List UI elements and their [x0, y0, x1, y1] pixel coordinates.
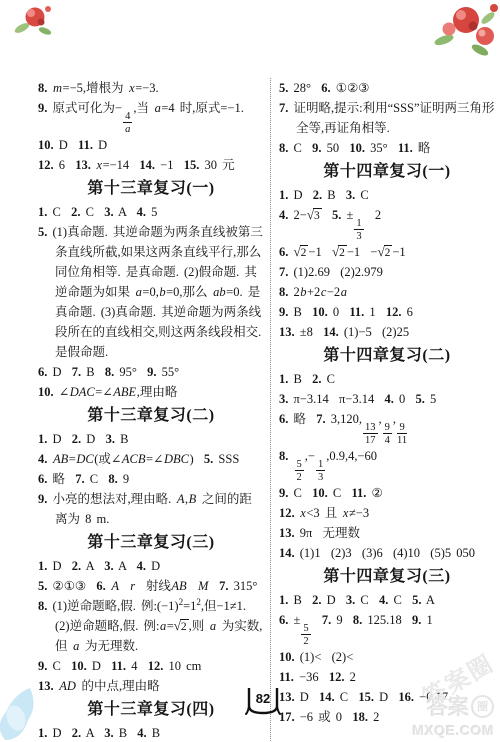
answer-line: 12. x<3 且 x≠−3 [279, 503, 495, 523]
answer-line: 9. 小亮的想法对,理由略. A,B 之间的距离为 8 m. [38, 489, 264, 529]
answer-line: 9. C 10. C 11. ② [279, 483, 495, 503]
answer-line: 5. ②①③ 6. A r 射线AB M 7. 315° [38, 576, 264, 596]
answer-line: 8. (1)逆命题略,假. 例:(−1)2=12,但−1≠1. (2)逆命题略,… [38, 596, 264, 656]
answer-line: 8. 2b+2c−2a [279, 282, 495, 302]
answer-line: 13. ±8 14. (1)−5 (2)25 [279, 322, 495, 342]
answer-line: 7. 证明略,提示:利用“SSS”证明两三角形全等,再证角相等. [279, 98, 495, 138]
answer-line: 5. (1)真命题. 其逆命题为两条直线被第三条直线所截,如果这两条直线平行,那… [38, 222, 264, 362]
answer-line: 8. 52,−13,0.9,4,−60 [279, 446, 495, 483]
answer-line: 1. B 2. C [279, 369, 495, 389]
answer-line: 1. D 2. A 3. B 4. B [38, 723, 264, 742]
answer-line: 1. B 2. D 3. C 4. C 5. A [279, 590, 495, 610]
answer-line: 12. 6 13. x=−14 14. −1 15. 30 元 [38, 155, 264, 175]
section-header: 第十三章复习(二) [38, 404, 264, 428]
answer-line: 13. 9π 无理数 [279, 523, 495, 543]
answer-line: 4. 2−3 5. ±13 2 [279, 205, 495, 242]
answer-line: 5. 28° 6. ①②③ [279, 78, 495, 98]
section-header: 第十四章复习(三) [279, 565, 495, 589]
answer-line: 1. D 2. B 3. C [279, 185, 495, 205]
answer-line: 13. AD 的中点,理由略 [38, 676, 264, 696]
answer-line: 1. D 2. D 3. B [38, 429, 264, 449]
answer-line: 9. 原式可化为−4a,当 a=4 时,原式=−1. [38, 98, 264, 135]
answer-line: 6. 2−1 2−1 −2−1 [279, 242, 495, 262]
watermark: 答案 圈 MXQE.COM [412, 691, 494, 738]
answer-line: 10. D 11. D [38, 135, 264, 155]
answer-line: 4. AB=DC(或∠ACB=∠DBC) 5. SSS [38, 449, 264, 469]
watermark-brand: 答案 圈 [412, 691, 494, 721]
answer-line: 6. 略 7. 3,120,1317,94,911 [279, 409, 495, 446]
answer-line: 9. C 10. D 11. 4 12. 10 cm [38, 656, 264, 676]
left-column: 8. m=−5,增根为 x=−3.9. 原式可化为−4a,当 a=4 时,原式=… [38, 78, 264, 742]
answer-line: 6. D 7. B 8. 95° 9. 55° [38, 362, 264, 382]
flower-decoration-top-right [418, 0, 498, 62]
section-header: 第十三章复习(三) [38, 531, 264, 555]
flower-decoration-top-left [12, 2, 56, 44]
section-header: 第十四章复习(二) [279, 344, 495, 368]
answer-columns: 8. m=−5,增根为 x=−3.9. 原式可化为−4a,当 a=4 时,原式=… [38, 78, 494, 742]
section-header: 第十四章复习(一) [279, 160, 495, 184]
answer-line: 10. ∠DAC=∠ABE,理由略 [38, 382, 264, 402]
answer-line: 6. 略 7. C 8. 9 [38, 469, 264, 489]
watermark-logo-icon: 圈 [471, 695, 494, 718]
answer-line: 1. C 2. C 3. A 4. 5 [38, 202, 264, 222]
section-header: 第十三章复习(四) [38, 698, 264, 722]
page-number-badge: 82 [245, 688, 281, 716]
answer-line: 14. (1)1 (2)3 (3)6 (4)10 (5)5 050 [279, 543, 495, 563]
answer-line: 1. D 2. A 3. A 4. D [38, 556, 264, 576]
answer-line: 6. ±52 7. 9 8. 125.18 9. 1 [279, 610, 495, 647]
answer-line: 8. m=−5,增根为 x=−3. [38, 78, 264, 98]
page-number: 82 [245, 691, 281, 706]
section-header: 第十三章复习(一) [38, 177, 264, 201]
answers-page: { "page": { "page_number": "82", "waterm… [0, 0, 500, 742]
answer-line: 7. (1)2.69 (2)2.979 [279, 262, 495, 282]
brush-decoration-bottom-left [0, 686, 38, 742]
watermark-site: MXQE.COM [412, 722, 494, 738]
answer-line: 8. C 9. 50 10. 35° 11. 略 [279, 138, 495, 158]
answer-line: 9. B 10. 0 11. 1 12. 6 [279, 302, 495, 322]
watermark-brand-text: 答案 [427, 691, 469, 721]
right-column: 5. 28° 6. ①②③7. 证明略,提示:利用“SSS”证明两三角形全等,再… [271, 78, 495, 742]
answer-line: 3. π−3.14 π−3.14 4. 0 5. 5 [279, 389, 495, 409]
